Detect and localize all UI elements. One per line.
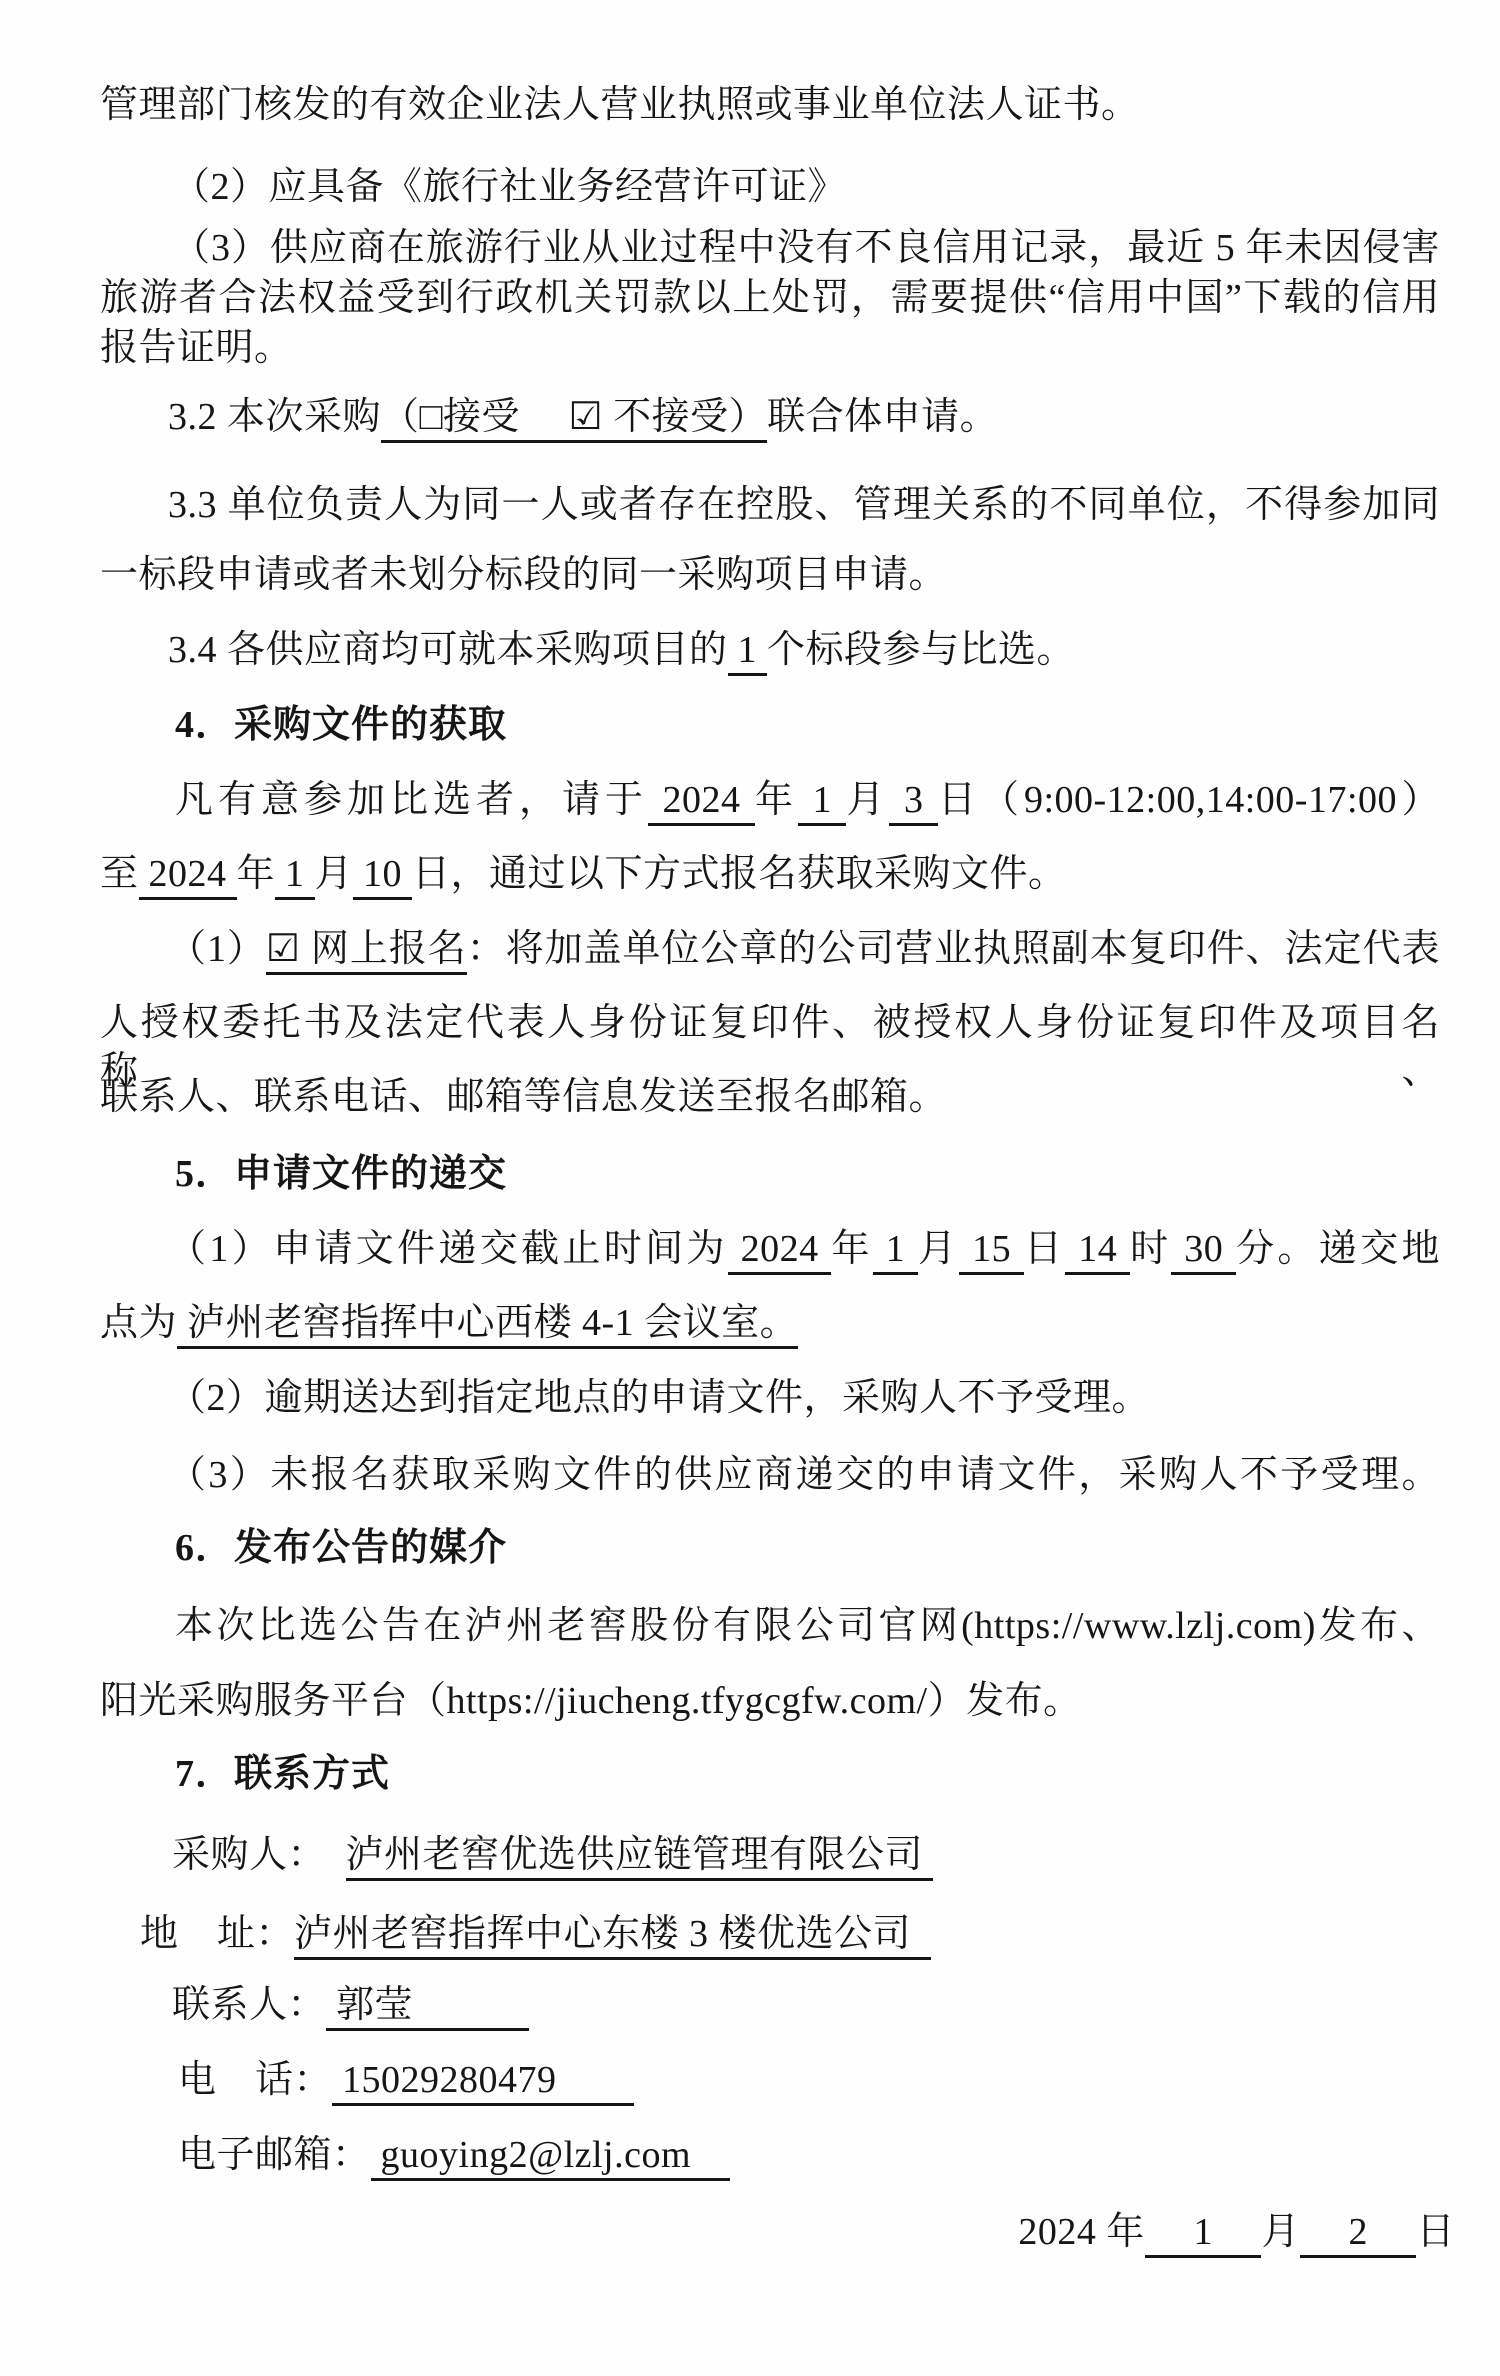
clause-3-1-item-2: （2）应具备《旅行社业务经营许可证》 bbox=[172, 164, 846, 212]
underlined-text-segment: 1 bbox=[275, 853, 315, 900]
underlined-text-segment: 接受 bbox=[443, 396, 569, 443]
text-segment: 6．发布公告的媒介 bbox=[175, 1527, 507, 1569]
text-segment: 点为 bbox=[100, 1302, 177, 1344]
underlined-text-segment: 2024 bbox=[139, 853, 237, 900]
text-segment: ：将加盖单位公章的公司营业执照副本复印件、法定代表 bbox=[467, 928, 1440, 970]
text-segment: 月 bbox=[918, 1228, 959, 1270]
contact-address: 地 址：泸州老窖指挥中心东楼 3 楼优选公司 bbox=[140, 1911, 931, 1959]
clause-5-item-1-line-2: 点为 泸州老窖指挥中心西楼 4-1 会议室。 bbox=[100, 1300, 798, 1348]
contact-phone: 电 话： 15029280479 bbox=[178, 2057, 634, 2105]
clause-5-item-2: （2）逾期送达到指定地点的申请文件，采购人不予受理。 bbox=[168, 1375, 1150, 1423]
underlined-text-segment: 1 bbox=[873, 1228, 918, 1275]
clause-3-1-item-3-line-3: 报告证明。 bbox=[100, 325, 293, 373]
clause-4-line-1: 凡有意参加比选者，请于 2024 年 1 月 3 日（9:00-12:00,14… bbox=[175, 777, 1440, 825]
clause-3-3-line-1: 3.3 单位负责人为同一人或者存在控股、管理关系的不同单位，不得参加同 bbox=[168, 482, 1440, 530]
continuation-clause-3-1: 管理部门核发的有效企业法人营业执照或事业单位法人证书。 bbox=[100, 82, 1140, 130]
text-segment: 年 bbox=[755, 779, 798, 821]
text-segment: 日，通过以下方式报名获取采购文件。 bbox=[412, 853, 1067, 895]
clause-4-item-1-line-1: （1）☑ 网上报名：将加盖单位公章的公司营业执照副本复印件、法定代表 bbox=[168, 926, 1440, 974]
underlined-text-segment: 泸州老窖指挥中心东楼 3 楼优选公司 bbox=[294, 1913, 931, 1960]
clause-6-line-2: 阳光采购服务平台（https://jiucheng.tfygcgfw.com/）… bbox=[100, 1678, 1082, 1726]
text-segment: 3.3 单位负责人为同一人或者存在控股、管理关系的不同单位，不得参加同 bbox=[168, 484, 1440, 526]
text-segment: 凡有意参加比选者，请于 bbox=[175, 779, 648, 821]
contact-person: 联系人： 郭莹 bbox=[172, 1982, 529, 2030]
underlined-text-segment: 郭莹 bbox=[326, 1984, 529, 2031]
underlined-text-segment: 10 bbox=[353, 853, 412, 900]
checkbox-unchecked-icon: □ bbox=[420, 396, 443, 443]
heading-section-7: 7．联系方式 bbox=[175, 1751, 390, 1799]
clause-5-item-3: （3）未报名获取采购文件的供应商递交的申请文件，采购人不予受理。 bbox=[168, 1452, 1440, 1500]
text-segment: 电 话： bbox=[178, 2059, 332, 2101]
underlined-text-segment: 15029280479 bbox=[332, 2059, 634, 2106]
text-segment: 至 bbox=[100, 853, 139, 895]
text-segment: 3.4 各供应商均可就本采购项目的 bbox=[168, 629, 728, 671]
text-segment: 年 bbox=[237, 853, 276, 895]
text-segment: 联系人、联系电话、邮箱等信息发送至报名邮箱。 bbox=[100, 1076, 947, 1118]
text-segment: （3）未报名获取采购文件的供应商递交的申请文件，采购人不予受理。 bbox=[168, 1454, 1440, 1496]
heading-section-4: 4．采购文件的获取 bbox=[175, 702, 507, 750]
contact-email: 电子邮箱： guoying2@lzlj.com bbox=[178, 2132, 730, 2180]
clause-5-item-1-line-1: （1）申请文件递交截止时间为 2024 年 1 月 15 日 14 时 30 分… bbox=[168, 1226, 1440, 1274]
text-segment: 时 bbox=[1130, 1228, 1171, 1270]
text-segment: 报告证明。 bbox=[100, 327, 293, 369]
text-segment: 月 bbox=[846, 779, 889, 821]
clause-3-4: 3.4 各供应商均可就本采购项目的 1 个标段参与比选。 bbox=[168, 627, 1075, 675]
heading-section-5: 5．申请文件的递交 bbox=[175, 1151, 507, 1199]
underlined-text-segment: 1 bbox=[798, 779, 847, 826]
underlined-text-segment: 2024 bbox=[728, 1228, 832, 1275]
contact-purchaser: 采购人： 泸州老窖优选供应链管理有限公司 bbox=[172, 1832, 933, 1880]
underlined-text-segment: 30 bbox=[1171, 1228, 1236, 1275]
checkbox-checked-icon: ☑ bbox=[266, 928, 301, 975]
text-segment: 分。递交地 bbox=[1236, 1228, 1440, 1270]
underlined-text-segment: 15 bbox=[959, 1228, 1024, 1275]
document-page: 管理部门核发的有效企业法人营业执照或事业单位法人证书。（2）应具备《旅行社业务经… bbox=[0, 0, 1500, 2376]
text-segment: 3.2 本次采购 bbox=[168, 396, 381, 438]
text-segment: 7．联系方式 bbox=[175, 1753, 390, 1795]
clause-3-2: 3.2 本次采购（□接受 ☑ 不接受）联合体申请。 bbox=[168, 394, 998, 442]
text-segment: （3）供应商在旅游行业从业过程中没有不良信用记录，最近 5 年未因侵害 bbox=[172, 227, 1440, 269]
clause-6-line-1: 本次比选公告在泸州老窖股份有限公司官网(https://www.lzlj.com… bbox=[175, 1603, 1440, 1651]
checkbox-checked-icon: ☑ bbox=[569, 396, 604, 443]
text-segment: （1）申请文件递交截止时间为 bbox=[168, 1228, 728, 1270]
text-segment: 个标段参与比选。 bbox=[767, 629, 1075, 671]
clause-4-line-2: 至 2024 年 1 月 10 日，通过以下方式报名获取采购文件。 bbox=[100, 851, 1067, 899]
text-segment: 一标段申请或者未划分标段的同一采购项目申请。 bbox=[100, 554, 947, 596]
text-segment: 地 址： bbox=[140, 1913, 294, 1955]
text-segment: 5．申请文件的递交 bbox=[175, 1153, 507, 1195]
text-segment: （2）应具备《旅行社业务经营许可证》 bbox=[172, 166, 846, 208]
text-segment: 管理部门核发的有效企业法人营业执照或事业单位法人证书。 bbox=[100, 84, 1140, 126]
heading-section-6: 6．发布公告的媒介 bbox=[175, 1525, 507, 1573]
underlined-text-segment: 网上报名 bbox=[300, 928, 466, 975]
text-segment: （2）逾期送达到指定地点的申请文件，采购人不予受理。 bbox=[168, 1377, 1150, 1419]
text-segment: 月 bbox=[1261, 2211, 1300, 2253]
underlined-text-segment: （ bbox=[381, 396, 420, 443]
text-segment: 联合体申请。 bbox=[767, 396, 998, 438]
text-segment: 联系人： bbox=[172, 1984, 326, 2026]
text-segment: 阳光采购服务平台（https://jiucheng.tfygcgfw.com/）… bbox=[100, 1680, 1082, 1722]
text-segment: 采购人： bbox=[172, 1834, 346, 1876]
clause-4-item-1-line-3: 联系人、联系电话、邮箱等信息发送至报名邮箱。 bbox=[100, 1074, 947, 1122]
underlined-text-segment: 2 bbox=[1300, 2211, 1417, 2258]
text-segment: 本次比选公告在泸州老窖股份有限公司官网(https://www.lzlj.com… bbox=[175, 1605, 1440, 1647]
text-segment: 旅游者合法权益受到行政机关罚款以上处罚，需要提供“信用中国”下载的信用 bbox=[100, 277, 1440, 319]
underlined-text-segment: 1 bbox=[1145, 2211, 1262, 2258]
text-segment: 电子邮箱： bbox=[178, 2134, 371, 2176]
clause-3-1-item-3-line-2: 旅游者合法权益受到行政机关罚款以上处罚，需要提供“信用中国”下载的信用 bbox=[100, 275, 1440, 323]
underlined-text-segment: 3 bbox=[889, 779, 938, 826]
text-segment: 月 bbox=[315, 853, 354, 895]
text-segment: 2024 年 bbox=[1018, 2211, 1145, 2253]
clause-3-1-item-3-line-1: （3）供应商在旅游行业从业过程中没有不良信用记录，最近 5 年未因侵害 bbox=[172, 225, 1440, 273]
text-segment: 日 bbox=[1024, 1228, 1065, 1270]
date-line: 2024 年 1 月 2 日 bbox=[100, 2209, 1455, 2257]
underlined-text-segment: 2024 bbox=[648, 779, 755, 826]
text-segment: （1） bbox=[168, 928, 266, 970]
underlined-text-segment: 泸州老窖指挥中心西楼 4-1 会议室。 bbox=[177, 1302, 798, 1349]
underlined-text-segment: 泸州老窖优选供应链管理有限公司 bbox=[346, 1834, 934, 1881]
text-segment: 日（9:00-12:00,14:00-17:00） bbox=[938, 779, 1440, 821]
text-segment: 4．采购文件的获取 bbox=[175, 704, 507, 746]
underlined-text-segment: 不接受） bbox=[603, 396, 767, 443]
text-segment: 年 bbox=[831, 1228, 872, 1270]
underlined-text-segment: 1 bbox=[728, 629, 768, 676]
underlined-text-segment: guoying2@lzlj.com bbox=[371, 2134, 730, 2181]
clause-3-3-line-2: 一标段申请或者未划分标段的同一采购项目申请。 bbox=[100, 552, 947, 600]
text-segment: 日 bbox=[1416, 2211, 1455, 2253]
underlined-text-segment: 14 bbox=[1065, 1228, 1130, 1275]
